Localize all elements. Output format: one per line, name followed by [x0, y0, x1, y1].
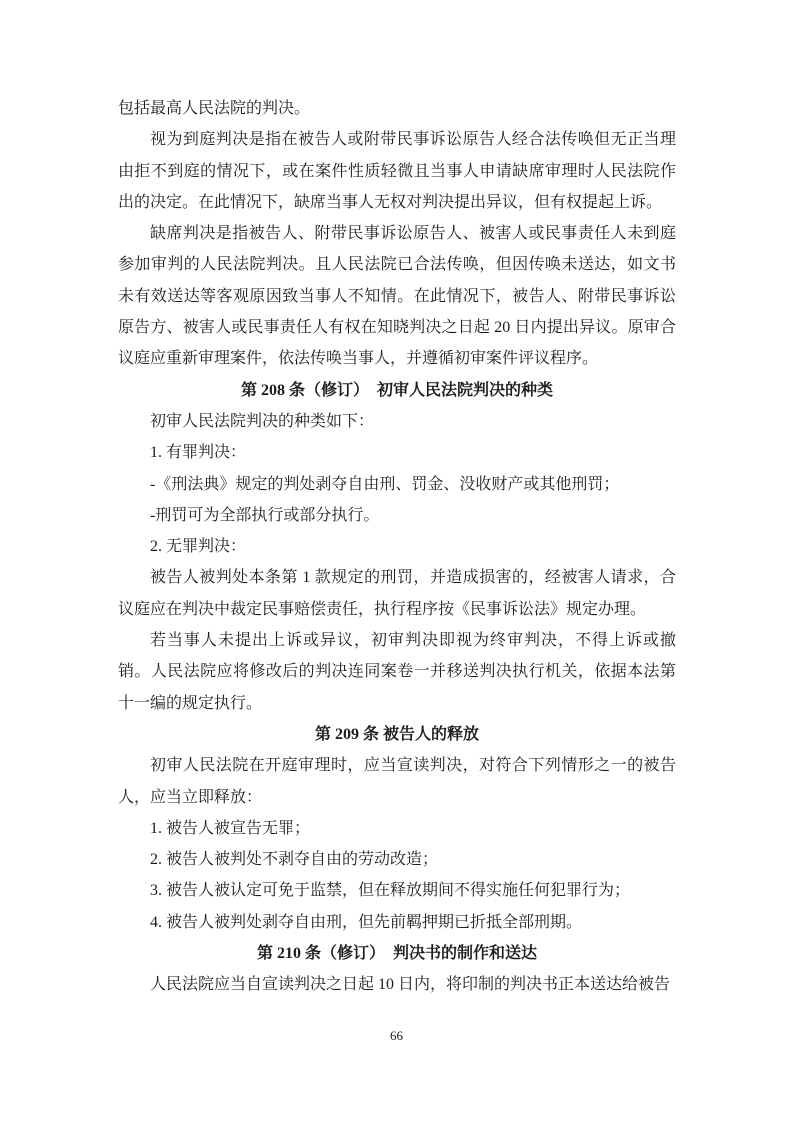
article-heading: 第 208 条（修订） 初审人民法院判决的种类	[118, 375, 676, 406]
document-body: 包括最高人民法院的判决。视为到庭判决是指在被告人或附带民事诉讼原告人经合法传唤但…	[118, 93, 676, 1001]
paragraph: 2. 无罪判决：	[118, 531, 676, 562]
paragraph: 若当事人未提出上诉或异议，初审判决即视为终审判决，不得上诉或撤销。人民法院应将修…	[118, 625, 676, 719]
paragraph: 1. 有罪判决：	[118, 437, 676, 468]
paragraph: 初审人民法院判决的种类如下：	[118, 406, 676, 437]
paragraph: 3. 被告人被认定可免于监禁，但在释放期间不得实施任何犯罪行为；	[118, 875, 676, 906]
paragraph: 4. 被告人被判处剥夺自由刑，但先前羁押期已折抵全部刑期。	[118, 907, 676, 938]
paragraph: 初审人民法院在开庭审理时，应当宣读判决，对符合下列情形之一的被告人，应当立即释放…	[118, 750, 676, 813]
page-footer: 66	[0, 1027, 793, 1045]
article-heading: 第 209 条 被告人的释放	[118, 719, 676, 750]
paragraph: -刑罚可为全部执行或部分执行。	[118, 500, 676, 531]
paragraph: 视为到庭判决是指在被告人或附带民事诉讼原告人经合法传唤但无正当理由拒不到庭的情况…	[118, 124, 676, 218]
paragraph: 1. 被告人被宣告无罪；	[118, 813, 676, 844]
paragraph: 缺席判决是指被告人、附带民事诉讼原告人、被害人或民事责任人未到庭参加审判的人民法…	[118, 218, 676, 374]
paragraph: 2. 被告人被判处不剥夺自由的劳动改造；	[118, 844, 676, 875]
page-number: 66	[390, 1028, 403, 1043]
article-heading: 第 210 条（修订） 判决书的制作和送达	[118, 938, 676, 969]
paragraph: -《刑法典》规定的判处剥夺自由刑、罚金、没收财产或其他刑罚；	[118, 469, 676, 500]
paragraph: 人民法院应当自宣读判决之日起 10 日内，将印制的判决书正本送达给被告	[118, 969, 676, 1000]
document-page: 包括最高人民法院的判决。视为到庭判决是指在被告人或附带民事诉讼原告人经合法传唤但…	[0, 0, 793, 1122]
paragraph: 被告人被判处本条第 1 款规定的刑罚，并造成损害的，经被害人请求，合议庭应在判决…	[118, 562, 676, 625]
paragraph: 包括最高人民法院的判决。	[118, 93, 676, 124]
